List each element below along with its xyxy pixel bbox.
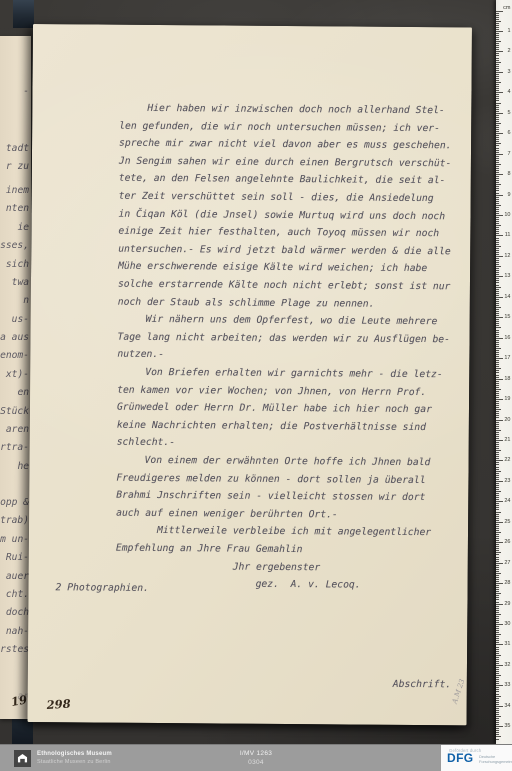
- ruler-tick: [496, 145, 499, 146]
- ruler-tick: [496, 352, 499, 353]
- ruler-tick: [496, 381, 499, 382]
- ruler-tick: [496, 685, 503, 686]
- ruler-number: 6: [507, 130, 510, 136]
- ruler-tick: [496, 377, 499, 378]
- typescript-line: spreche mir zwar nicht viel davon aber e…: [119, 138, 452, 153]
- previous-page-fragment: aren: [6, 424, 29, 436]
- ruler-tick: [496, 532, 501, 533]
- ruler-tick: [496, 74, 499, 75]
- ruler-tick: [496, 319, 499, 320]
- ruler-tick: [496, 96, 499, 97]
- ruler-tick: [496, 258, 499, 259]
- ruler-tick: [496, 542, 503, 543]
- typescript-line: gez. A. v. Lecoq.: [256, 579, 361, 592]
- ruler-tick: [496, 156, 499, 157]
- ruler-tick: [496, 135, 499, 136]
- ruler-tick: [496, 456, 499, 457]
- ruler-tick: [496, 471, 501, 472]
- copy-note: Abschrift.: [393, 679, 451, 691]
- ruler-tick: [496, 242, 499, 243]
- museum-logo-icon: [14, 750, 31, 767]
- ruler-tick: [496, 716, 501, 717]
- ruler-tick: [496, 736, 501, 737]
- ruler-tick: [496, 60, 499, 61]
- ruler-tick: [496, 119, 499, 120]
- ruler-tick: [496, 530, 499, 531]
- ruler-tick: [496, 307, 501, 308]
- ruler-tick: [496, 563, 503, 564]
- ruler-tick: [496, 522, 503, 523]
- ruler-tick: [496, 21, 501, 22]
- ruler-tick: [496, 372, 499, 373]
- ruler-tick: [496, 278, 499, 279]
- ruler-tick: [496, 730, 499, 731]
- ruler-tick: [496, 123, 501, 124]
- ruler-tick: [496, 127, 499, 128]
- ruler-tick: [496, 640, 499, 641]
- ruler-tick: [496, 268, 499, 269]
- ruler-tick: [496, 481, 503, 482]
- ruler-tick: [496, 702, 499, 703]
- ruler-tick: [496, 11, 503, 12]
- ruler-tick: [496, 399, 503, 400]
- ruler-tick: [496, 409, 501, 410]
- ruler-tick: [496, 477, 499, 478]
- ruler-tick: [496, 201, 499, 202]
- ruler-tick: [496, 346, 499, 347]
- previous-page-edge: 197 -tadtr zuinemnteniesses,sichtwanus-p…: [0, 36, 31, 719]
- ruler-tick: [496, 694, 499, 695]
- ruler-tick: [496, 321, 499, 322]
- ruler-tick: [496, 469, 499, 470]
- ruler-tick: [496, 162, 499, 163]
- ruler-tick: [496, 344, 499, 345]
- enclosure-note: 2 Photographien.: [56, 582, 149, 595]
- ruler-tick: [496, 47, 499, 48]
- ruler-tick: [496, 125, 499, 126]
- previous-page-fragment: nah-: [6, 626, 29, 638]
- ruler-number: 20: [504, 417, 510, 423]
- ruler-tick: [496, 554, 499, 555]
- ruler-tick: [496, 15, 499, 16]
- archive-id-line1: I/MV 1263: [156, 749, 356, 758]
- ruler-tick: [496, 370, 499, 371]
- ruler-tick: [496, 706, 503, 707]
- ruler-tick: [496, 141, 499, 142]
- ruler-tick: [496, 485, 499, 486]
- previous-page-fragment: xt)-: [6, 369, 29, 381]
- ruler-tick: [496, 235, 503, 236]
- ruler-tick: [496, 276, 503, 277]
- ruler-tick: [496, 591, 499, 592]
- ruler-tick: [496, 720, 499, 721]
- ruler-tick: [496, 174, 503, 175]
- ruler-tick: [496, 129, 499, 130]
- ruler-tick: [496, 657, 499, 658]
- handwritten-annotation: A.M 23: [451, 678, 467, 705]
- ruler-tick: [496, 696, 501, 697]
- ruler-tick: [496, 55, 499, 56]
- previous-page-fragment: rtra-: [0, 442, 29, 454]
- previous-page-fragment: doch: [6, 607, 29, 619]
- ruler-number: 31: [504, 641, 510, 647]
- ruler-tick: [496, 256, 503, 257]
- previous-page-fragment: am un-: [0, 534, 29, 546]
- ruler-number: 1: [507, 28, 510, 34]
- ruler-tick: [496, 53, 499, 54]
- ruler-tick: [496, 446, 499, 447]
- museum-name: Ethnologisches Museum: [37, 751, 112, 758]
- typescript-line: Jn Sengim sahen wir eine durch einen Ber…: [119, 155, 452, 170]
- ruler-tick: [496, 137, 499, 138]
- ruler-tick: [496, 467, 499, 468]
- ruler-tick: [496, 618, 499, 619]
- ruler-tick: [496, 33, 499, 34]
- ruler-tick: [496, 552, 501, 553]
- ruler-tick: [496, 254, 499, 255]
- ruler-tick: [496, 70, 499, 71]
- ruler-number: 4: [507, 89, 510, 95]
- ruler-tick: [496, 614, 501, 615]
- ruler-tick: [496, 448, 499, 449]
- ruler-tick: [496, 297, 503, 298]
- typescript-line: auch auf einen weniger berührten Ort.-: [116, 507, 338, 521]
- ruler-tick: [496, 203, 499, 204]
- typescript-line: solche erstarrende Kälte noch nicht erle…: [118, 279, 451, 294]
- ruler-tick: [496, 227, 499, 228]
- ruler-tick: [496, 514, 499, 515]
- ruler-tick: [496, 342, 499, 343]
- ruler-tick: [496, 565, 499, 566]
- ruler-tick: [496, 681, 499, 682]
- ruler-tick: [496, 512, 501, 513]
- typescript-line: keine Nachrichten erhalten; die Postverh…: [117, 419, 426, 433]
- ruler-tick: [496, 164, 501, 165]
- ruler-tick: [496, 364, 499, 365]
- ruler-tick: [496, 430, 501, 431]
- ruler-tick: [496, 264, 499, 265]
- typescript-line: Mittlerweile verbleibe ich mit angelegen…: [157, 525, 431, 539]
- ruler-tick: [496, 238, 499, 239]
- typescript-line: in Čiqan Köl (die Jnsel) sowie Murtuq wi…: [118, 208, 445, 223]
- ruler-number: 22: [504, 457, 510, 463]
- ruler-tick: [496, 691, 499, 692]
- ruler-tick: [496, 311, 499, 312]
- ruler-tick: [496, 651, 499, 652]
- ruler-tick: [496, 622, 499, 623]
- ruler-tick: [496, 35, 499, 36]
- ruler-tick: [496, 325, 499, 326]
- ruler-tick: [496, 644, 503, 645]
- ruler-number: 23: [504, 478, 510, 484]
- ruler-tick: [496, 154, 503, 155]
- ruler-tick: [496, 366, 499, 367]
- previous-page-fragment: Stück: [0, 406, 29, 418]
- ruler-tick: [496, 168, 499, 169]
- ruler-tick: [496, 415, 499, 416]
- ruler-tick: [496, 252, 499, 253]
- funder-name-line2: Forschungsgemeinschaft: [479, 760, 512, 765]
- ruler-tick: [496, 647, 499, 648]
- ruler-tick: [496, 186, 499, 187]
- ruler-number: 12: [504, 253, 510, 259]
- ruler-tick: [496, 330, 499, 331]
- ruler-tick: [496, 98, 499, 99]
- ruler-tick: [496, 209, 499, 210]
- ruler-tick: [496, 176, 499, 177]
- funder-box: Gefördert durch DFG Deutsche Forschungsg…: [441, 745, 512, 771]
- previous-page-fragment: us-: [12, 314, 29, 326]
- ruler-tick: [496, 287, 501, 288]
- previous-page-fragment: he: [17, 461, 29, 473]
- ruler-tick: [496, 405, 499, 406]
- ruler-tick: [496, 358, 503, 359]
- ruler-tick: [496, 624, 503, 625]
- previous-page-fragment: sich: [6, 259, 29, 271]
- ruler-tick: [496, 669, 499, 670]
- ruler-tick: [496, 604, 503, 605]
- ruler-tick: [496, 575, 499, 576]
- ruler-tick: [496, 76, 499, 77]
- ruler-tick: [496, 184, 501, 185]
- ruler-tick: [496, 403, 499, 404]
- ruler-number: 34: [504, 703, 510, 709]
- previous-page-fragment: barstes: [0, 644, 29, 656]
- ruler-tick: [496, 150, 499, 151]
- ruler-tick: [496, 115, 499, 116]
- ruler-tick: [496, 687, 499, 688]
- ruler-tick: [496, 51, 503, 52]
- ruler-tick: [496, 248, 499, 249]
- typescript-line: Hier haben wir inzwischen doch noch alle…: [147, 103, 445, 117]
- ruler-tick: [496, 334, 499, 335]
- ruler-tick: [496, 272, 499, 273]
- ruler-tick: [496, 193, 499, 194]
- ruler-tick: [496, 493, 499, 494]
- ruler-tick: [496, 375, 499, 376]
- ruler-tick: [496, 103, 501, 104]
- ruler-tick: [496, 170, 499, 171]
- typescript-line: Freudigeres melden zu können - dort soll…: [116, 472, 425, 486]
- ruler-tick: [496, 303, 499, 304]
- ruler-tick: [496, 507, 499, 508]
- typescript-line: Jhr ergebenster: [233, 561, 321, 574]
- ruler-tick: [496, 340, 499, 341]
- ruler-tick: [496, 655, 501, 656]
- scan-viewport: 197 -tadtr zuinemnteniesses,sichtwanus-p…: [0, 0, 512, 771]
- ruler-tick: [496, 295, 499, 296]
- ruler-tick: [496, 428, 499, 429]
- previous-page-fragment: en: [17, 387, 29, 399]
- ruler-tick: [496, 233, 499, 234]
- ruler-tick: [496, 143, 501, 144]
- ruler-tick: [496, 561, 499, 562]
- ruler-tick: [496, 497, 499, 498]
- ruler-tick: [496, 354, 499, 355]
- ruler-tick: [496, 72, 503, 73]
- ruler-number: 15: [504, 314, 510, 320]
- ruler-tick: [496, 667, 499, 668]
- ruler-number: 30: [504, 621, 510, 627]
- ruler-tick: [496, 338, 503, 339]
- ruler-number: 9: [507, 192, 510, 198]
- ruler-tick: [496, 368, 501, 369]
- ruler-tick: [496, 29, 499, 30]
- ruler-tick: [496, 397, 499, 398]
- ruler-tick: [496, 197, 499, 198]
- archive-id: I/MV 1263 0304: [156, 749, 356, 767]
- ruler-tick: [496, 217, 499, 218]
- ruler-tick: [496, 280, 499, 281]
- previous-page-fragment: ie: [17, 222, 29, 234]
- previous-page-fragment: Rui-: [6, 552, 29, 564]
- typescript-line: Brahmi Jnschriften sein - vielleicht sto…: [116, 490, 425, 504]
- ruler-tick: [496, 503, 499, 504]
- ruler-tick: [496, 27, 499, 28]
- ruler-tick: [496, 152, 499, 153]
- ruler-tick: [496, 589, 499, 590]
- ruler-number: 32: [504, 662, 510, 668]
- ruler-tick: [496, 724, 499, 725]
- ruler-tick: [496, 225, 501, 226]
- ruler-number: 16: [504, 335, 510, 341]
- ruler-tick: [496, 250, 499, 251]
- ruler-tick: [496, 700, 499, 701]
- ruler-tick: [496, 475, 499, 476]
- ruler-tick: [496, 526, 499, 527]
- ruler-tick: [496, 585, 499, 586]
- ruler-tick: [496, 524, 499, 525]
- ruler-tick: [496, 597, 499, 598]
- ruler-tick: [496, 608, 499, 609]
- ruler-number: 25: [504, 519, 510, 525]
- typescript-line: Von Briefen erhalten wir garnichts mehr …: [145, 367, 443, 381]
- ruler-tick: [496, 80, 499, 81]
- ruler-tick: [496, 84, 499, 85]
- ruler-tick: [496, 289, 499, 290]
- ruler-tick: [496, 583, 503, 584]
- binding-strip-bottom: [12, 719, 33, 745]
- typescript-line: Grünwedel oder Herrn Dr. Müller habe ich…: [117, 402, 432, 416]
- ruler-number: 13: [504, 273, 510, 279]
- ruler-tick: [496, 49, 499, 50]
- ruler-tick: [496, 546, 499, 547]
- ruler-tick: [496, 673, 499, 674]
- ruler-tick: [496, 550, 499, 551]
- ruler-tick: [496, 518, 499, 519]
- ruler-tick: [496, 178, 499, 179]
- ruler-tick: [496, 626, 499, 627]
- ruler-number: 5: [507, 110, 510, 116]
- ruler-tick: [496, 653, 499, 654]
- ruler-tick: [496, 240, 499, 241]
- ruler-tick: [496, 422, 499, 423]
- ruler: cm 1234567891011121314151617181920212223…: [496, 0, 512, 744]
- ruler-tick: [496, 718, 499, 719]
- ruler-tick: [496, 244, 499, 245]
- ruler-tick: [496, 23, 499, 24]
- ruler-tick: [496, 722, 499, 723]
- ruler-tick: [496, 131, 499, 132]
- ruler-tick: [496, 634, 501, 635]
- ruler-tick: [496, 438, 499, 439]
- ruler-tick: [496, 19, 499, 20]
- ruler-tick: [496, 107, 499, 108]
- ruler-tick: [496, 180, 499, 181]
- ruler-tick: [496, 712, 499, 713]
- ruler-tick: [496, 567, 499, 568]
- ruler-tick: [496, 675, 501, 676]
- typescript-line: untersuchen.- Es wird jetzt bald wärmer …: [118, 243, 451, 258]
- ruler-tick: [496, 121, 499, 122]
- previous-page-fragment: auer: [6, 571, 29, 583]
- ruler-tick: [496, 219, 499, 220]
- ruler-tick: [496, 450, 501, 451]
- ruler-tick: [496, 677, 499, 678]
- ruler-tick: [496, 158, 499, 159]
- ruler-tick: [496, 223, 499, 224]
- ruler-number: 7: [507, 151, 510, 157]
- ruler-tick: [496, 536, 499, 537]
- ruler-tick: [496, 528, 499, 529]
- ruler-number: 10: [504, 212, 510, 218]
- ruler-tick: [496, 117, 499, 118]
- ruler-number: 21: [504, 437, 510, 443]
- ruler-tick: [496, 205, 501, 206]
- ruler-tick: [496, 732, 499, 733]
- ruler-tick: [496, 356, 499, 357]
- ruler-tick: [496, 291, 499, 292]
- ruler-tick: [496, 407, 499, 408]
- ruler-tick: [496, 313, 499, 314]
- ruler-tick: [496, 734, 499, 735]
- ruler-number: 17: [504, 355, 510, 361]
- ruler-tick: [496, 274, 499, 275]
- typescript-line: einige Zeit hier festhalten, auch Toyoq …: [118, 226, 439, 241]
- ruler-tick: [496, 229, 499, 230]
- ruler-tick: [496, 13, 499, 14]
- ruler-tick: [496, 487, 499, 488]
- ruler-tick: [496, 17, 499, 18]
- ruler-tick: [496, 704, 499, 705]
- ruler-tick: [496, 299, 499, 300]
- ruler-number: 2: [507, 48, 510, 54]
- ruler-tick: [496, 266, 501, 267]
- document-page: Hier haben wir inzwischen doch noch alle…: [28, 24, 472, 725]
- ruler-tick: [496, 464, 499, 465]
- ruler-tick: [496, 483, 499, 484]
- ruler-tick: [496, 579, 499, 580]
- ruler-tick: [496, 401, 499, 402]
- ruler-tick: [496, 389, 501, 390]
- ruler-tick: [496, 215, 503, 216]
- ruler-tick: [496, 417, 499, 418]
- ruler-tick: [496, 64, 499, 65]
- ruler-tick: [496, 632, 499, 633]
- ruler-tick: [496, 473, 499, 474]
- previous-page-fragment: enom-: [0, 350, 29, 362]
- ruler-tick: [496, 411, 499, 412]
- ruler-tick: [496, 683, 499, 684]
- ruler-tick: [496, 509, 499, 510]
- ruler-tick: [496, 620, 499, 621]
- ruler-number: 3: [507, 69, 510, 75]
- ruler-tick: [496, 559, 499, 560]
- previous-page-fragment: twa: [12, 277, 29, 289]
- ruler-tick: [496, 628, 499, 629]
- ruler-tick: [496, 595, 499, 596]
- ruler-number: 28: [504, 580, 510, 586]
